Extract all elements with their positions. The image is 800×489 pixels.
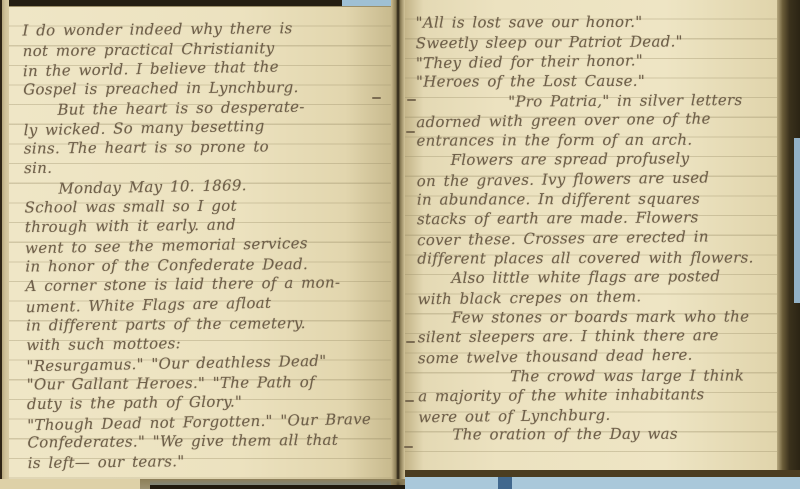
pencil-dash-mark	[372, 97, 381, 99]
book-shadow	[150, 485, 405, 489]
handwritten-line: in abundance. In different squares	[417, 189, 771, 210]
handwritten-line: Confederates." "We give them all that	[27, 431, 387, 454]
left-page: I do wonder indeed why there isnot more …	[9, 6, 391, 480]
handwritten-line: is left— our tears."	[28, 450, 388, 474]
handwritten-line: with black crepes on them.	[417, 286, 771, 310]
pencil-dash-mark	[404, 446, 413, 448]
handwritten-line: adorned with green over one of the	[416, 109, 770, 133]
handwritten-line: sins. The heart is so prone to	[24, 136, 384, 159]
handwritten-line: "All is lost save our honor."	[416, 12, 770, 33]
handwritten-line: some twelve thousand dead here.	[418, 345, 772, 369]
left-page-text: I do wonder indeed why there isnot more …	[6, 5, 394, 474]
table-navy-mark	[498, 477, 512, 489]
handwritten-line: "Our Gallant Heroes." "The Path of	[27, 372, 387, 395]
diary-scan: I do wonder indeed why there isnot more …	[0, 0, 800, 489]
pencil-dash-mark	[407, 99, 416, 101]
handwritten-line: in honor of the Confederate Dead.	[25, 254, 385, 277]
handwritten-line: cover these. Crosses are erected in	[417, 227, 771, 251]
pencil-dash-mark	[406, 341, 415, 343]
handwritten-line: on the graves. Ivy flowers are used	[417, 168, 771, 192]
pencil-dash-mark	[406, 131, 415, 133]
handwritten-line: in different parts of the cemetery.	[26, 313, 386, 336]
handwritten-line: entrances in the form of an arch.	[416, 130, 770, 151]
handwritten-line: School was small so I got	[25, 195, 385, 218]
pencil-dash-mark	[405, 400, 414, 402]
page-stack-bottom-edge	[0, 479, 150, 489]
handwritten-line: Gospel is preached in Lynchburg.	[23, 77, 383, 100]
book-gutter	[391, 0, 405, 489]
table-surface	[405, 470, 800, 489]
handwritten-line: different places all covered with flower…	[417, 248, 771, 269]
handwritten-line: Few stones or boards mark who the	[418, 307, 772, 328]
handwritten-line: The oration of the Day was	[418, 425, 772, 446]
handwritten-line: The crowd was large I think	[418, 366, 772, 387]
right-page-text: "All is lost save our honor."Sweetly sle…	[403, 0, 778, 446]
right-page: "All is lost save our honor."Sweetly sle…	[405, 0, 777, 470]
handwritten-line: I do wonder indeed why there is	[22, 18, 382, 41]
table-surface-sliver	[794, 138, 800, 303]
handwritten-line: "Heroes of the Lost Cause."	[416, 71, 770, 92]
